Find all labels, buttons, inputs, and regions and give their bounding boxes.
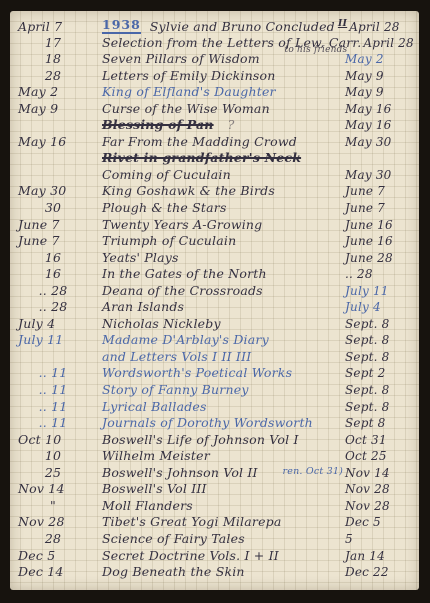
- log-row: Rivet in grandfather's Neck: [18, 150, 413, 167]
- checkout-date: April 7: [18, 19, 102, 34]
- book-title: Letters of Emily Dickinson: [102, 68, 343, 83]
- return-date: June 16: [343, 234, 413, 248]
- checkout-date: June 7: [18, 233, 102, 248]
- book-title: King of Elfland's Daughter: [102, 84, 343, 99]
- log-row: Dec 14Dog Beneath the SkinDec 22: [18, 564, 413, 581]
- book-title: Aran Islands: [102, 299, 343, 314]
- checkout-date: July 11: [18, 332, 102, 347]
- log-row: June 7Twenty Years A-GrowingJune 16: [18, 217, 413, 234]
- faded-annotation: ?: [228, 117, 235, 132]
- checkout-date: Dec 5: [18, 548, 102, 563]
- book-title: Wordsworth's Poetical Works: [102, 365, 343, 380]
- checkout-date: May 9: [18, 101, 102, 116]
- return-date: June 16: [343, 218, 413, 232]
- log-row: .. 28Deana of the CrossroadsJuly 11: [18, 283, 413, 300]
- return-date: May 16: [343, 102, 413, 116]
- return-date: April 28: [361, 36, 419, 50]
- checkout-date: Oct 10: [18, 432, 102, 447]
- return-date: July 4: [343, 300, 413, 314]
- return-date: May 9: [343, 85, 413, 99]
- book-title: Far From the Madding Crowd: [102, 134, 343, 149]
- volume-numeral: II: [338, 18, 347, 29]
- log-row: Nov 28Tibet's Great Yogi MilarepaDec 5: [18, 514, 413, 531]
- log-row: 10Wilhelm MeisterOct 25: [18, 448, 413, 465]
- book-title: Curse of the Wise Woman: [102, 101, 343, 116]
- book-title: Rivet in grandfather's Neck: [102, 150, 343, 165]
- book-title: Deana of the Crossroads: [102, 283, 343, 298]
- checkout-date: Dec 14: [18, 564, 102, 579]
- book-title: Tibet's Great Yogi Milarepa: [102, 514, 343, 529]
- log-row: 16Yeats' PlaysJune 28: [18, 250, 413, 267]
- return-date: May 16: [343, 118, 413, 132]
- book-title: Science of Fairy Tales: [102, 531, 343, 546]
- return-date: Oct 31: [343, 433, 413, 447]
- book-title: Blessing of Pan?: [102, 117, 343, 132]
- checkout-date: 18: [18, 51, 102, 66]
- log-row: Coming of CuculainMay 30: [18, 167, 413, 184]
- return-date: April 28: [347, 20, 417, 34]
- book-title: Wilhelm Meister: [102, 448, 343, 463]
- log-row: Blessing of Pan?May 16: [18, 117, 413, 134]
- log-row: .. 11Story of Fanny BurneySept. 8: [18, 382, 413, 399]
- log-row: June 7Triumph of CuculainJune 16: [18, 233, 413, 250]
- book-title: Journals of Dorothy Wordsworth: [102, 415, 343, 430]
- log-row: Oct 10Boswell's Life of Johnson Vol IOct…: [18, 432, 413, 449]
- return-date: Sept 8: [343, 416, 413, 430]
- log-row: April 71938Sylvie and Bruno ConcludedIIA…: [18, 18, 413, 35]
- checkout-date: 16: [18, 266, 102, 281]
- log-row: .. 11Lyrical BalladesSept. 8: [18, 399, 413, 416]
- log-row: 28Letters of Emily DickinsonMay 9: [18, 68, 413, 85]
- book-title: 1938Sylvie and Bruno ConcludedII: [102, 18, 347, 34]
- return-date: Sept. 8: [343, 400, 413, 414]
- checkout-date: May 30: [18, 183, 102, 198]
- checkout-date: May 2: [18, 84, 102, 99]
- log-row: 18Seven Pillars of WisdomMay 2: [18, 51, 413, 68]
- checkout-date: Nov 28: [18, 514, 102, 529]
- return-date: Sept. 8: [343, 333, 413, 347]
- return-date: Dec 5: [343, 515, 413, 529]
- checkout-date: 10: [18, 448, 102, 463]
- book-title: Moll Flanders: [102, 498, 343, 513]
- checkout-date: 16: [18, 250, 102, 265]
- return-date: Sept. 8: [343, 317, 413, 331]
- return-date: May 30: [343, 135, 413, 149]
- log-row: 16In the Gates of the North.. 28: [18, 266, 413, 283]
- checkout-date: May 16: [18, 134, 102, 149]
- return-date: Oct 25: [343, 449, 413, 463]
- return-date: June 7: [343, 184, 413, 198]
- book-title: King Goshawk & the Birds: [102, 183, 343, 198]
- log-row: 17Selection from the Letters of Lew. Car…: [18, 35, 413, 52]
- book-title: Story of Fanny Burney: [102, 382, 343, 397]
- log-row: .. 28Aran IslandsJuly 4: [18, 299, 413, 316]
- log-row: 30Plough & the StarsJune 7: [18, 200, 413, 217]
- book-title: and Letters Vols I II III: [102, 349, 343, 364]
- return-date: Sept 2: [343, 366, 413, 380]
- book-title: Lyrical Ballades: [102, 399, 343, 414]
- log-rows: April 71938Sylvie and Bruno ConcludedIIA…: [18, 18, 413, 587]
- book-title: Coming of Cuculain: [102, 167, 343, 182]
- checkout-date: June 7: [18, 217, 102, 232]
- book-title: Boswell's Vol III: [102, 481, 343, 496]
- checkout-date: .. 28: [18, 299, 102, 314]
- photo-background: April 71938Sylvie and Bruno ConcludedIIA…: [0, 0, 430, 603]
- return-date: Nov 28: [343, 499, 413, 513]
- log-row: May 16Far From the Madding CrowdMay 30: [18, 134, 413, 151]
- return-date: May 9: [343, 69, 413, 83]
- renewal-note: ren. Oct 31): [283, 466, 343, 477]
- book-title: Secret Doctrine Vols. I + II: [102, 548, 343, 563]
- log-row: 25Boswell's Johnson Vol IIren. Oct 31)No…: [18, 465, 413, 482]
- log-row: July 4Nicholas NicklebySept. 8: [18, 316, 413, 333]
- checkout-date: .. 11: [18, 399, 102, 414]
- book-title: Madame D'Arblay's Diary: [102, 332, 343, 347]
- checkout-date: 17: [18, 35, 102, 50]
- log-row: "Moll FlandersNov 28: [18, 498, 413, 515]
- checkout-date: July 4: [18, 316, 102, 331]
- return-date: Nov 28: [343, 482, 413, 496]
- book-title: Selection from the Letters of Lew. Carr.…: [102, 35, 361, 50]
- checkout-date: Nov 14: [18, 481, 102, 496]
- checkout-date: 28: [18, 68, 102, 83]
- book-title: Seven Pillars of Wisdom: [102, 51, 343, 66]
- checkout-date: 30: [18, 200, 102, 215]
- return-date: May 30: [343, 168, 413, 182]
- book-title: Triumph of Cuculain: [102, 233, 343, 248]
- book-title: Dog Beneath the Skin: [102, 564, 343, 579]
- return-date: Nov 14: [343, 466, 413, 480]
- return-date: Jan 14: [343, 549, 413, 563]
- book-title: Nicholas Nickleby: [102, 316, 343, 331]
- return-date: Sept. 8: [343, 383, 413, 397]
- book-title: Boswell's Johnson Vol IIren. Oct 31): [102, 465, 343, 480]
- checkout-date: .. 28: [18, 283, 102, 298]
- return-date: 5: [343, 532, 413, 546]
- book-title: Boswell's Life of Johnson Vol I: [102, 432, 343, 447]
- checkout-date: .. 11: [18, 365, 102, 380]
- log-row: .. 11Journals of Dorothy WordsworthSept …: [18, 415, 413, 432]
- return-date: Dec 22: [343, 565, 413, 579]
- checkout-date: .. 11: [18, 415, 102, 430]
- return-date: July 11: [343, 284, 413, 298]
- log-row: July 11Madame D'Arblay's DiarySept. 8: [18, 332, 413, 349]
- log-row: Dec 5Secret Doctrine Vols. I + IIJan 14: [18, 548, 413, 565]
- log-row: .. 11Wordsworth's Poetical WorksSept 2: [18, 365, 413, 382]
- book-title: Twenty Years A-Growing: [102, 217, 343, 232]
- year-label: 1938: [102, 17, 141, 34]
- checkout-date: ": [18, 498, 102, 513]
- log-row: May 30King Goshawk & the BirdsJune 7: [18, 183, 413, 200]
- return-date: May 2: [343, 52, 413, 66]
- return-date: Sept. 8: [343, 350, 413, 364]
- log-row: May 2King of Elfland's DaughterMay 9: [18, 84, 413, 101]
- book-title: Yeats' Plays: [102, 250, 343, 265]
- checkout-date: .. 11: [18, 382, 102, 397]
- book-title: In the Gates of the North: [102, 266, 343, 281]
- return-date: June 28: [343, 251, 413, 265]
- book-title: Plough & the Stars: [102, 200, 343, 215]
- reading-log-card: April 71938Sylvie and Bruno ConcludedIIA…: [10, 11, 419, 590]
- log-row: 28Science of Fairy Tales5: [18, 531, 413, 548]
- log-row: Nov 14Boswell's Vol IIINov 28: [18, 481, 413, 498]
- checkout-date: 28: [18, 531, 102, 546]
- return-date: .. 28: [343, 267, 413, 281]
- log-row: and Letters Vols I II IIISept. 8: [18, 349, 413, 366]
- return-date: June 7: [343, 201, 413, 215]
- log-row: May 9Curse of the Wise WomanMay 16: [18, 101, 413, 118]
- checkout-date: 25: [18, 465, 102, 480]
